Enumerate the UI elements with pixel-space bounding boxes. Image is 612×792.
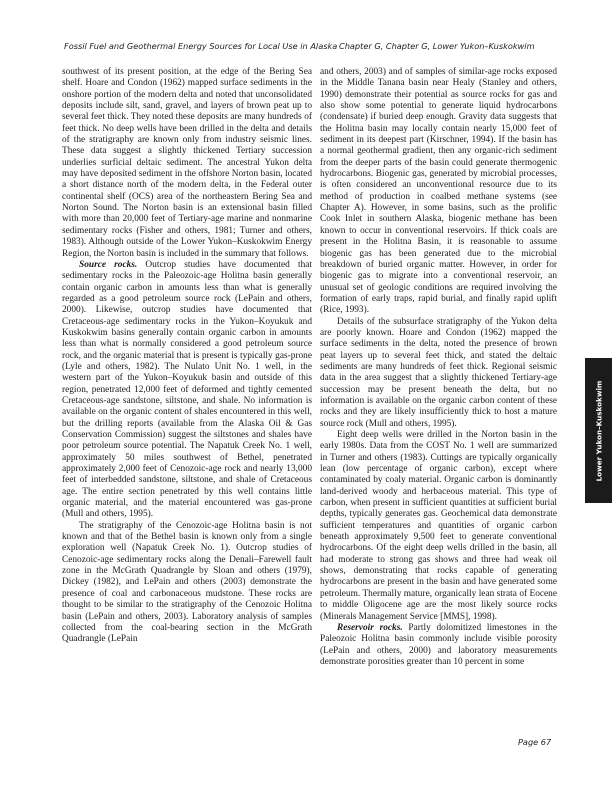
paragraph-reservoir-rocks: Reservoir rocks. Partly dolomitized lime… bbox=[320, 623, 557, 668]
document-page: Fossil Fuel and Geothermal Energy Source… bbox=[0, 0, 612, 792]
paragraph-body: Outcrop studies have documented that sed… bbox=[62, 260, 312, 520]
right-text-column: and others, 2003) and of samples of simi… bbox=[320, 67, 557, 668]
left-text-column: southwest of its present position, at th… bbox=[62, 67, 312, 646]
chapter-side-tab: Lower Yukon–Kuskokwim bbox=[585, 358, 612, 503]
side-tab-label: Lower Yukon–Kuskokwim bbox=[594, 380, 603, 481]
paragraph: Details of the subsurface stratigraphy o… bbox=[320, 317, 557, 430]
section-heading-source-rocks: Source rocks. bbox=[79, 260, 137, 270]
paragraph: southwest of its present position, at th… bbox=[62, 67, 312, 260]
paragraph-source-rocks: Source rocks. Outcrop studies have docum… bbox=[62, 260, 312, 521]
paragraph: Eight deep wells were drilled in the Nor… bbox=[320, 430, 557, 623]
paragraph: The stratigraphy of the Cenozoic-age Hol… bbox=[62, 521, 312, 646]
paragraph: and others, 2003) and of samples of simi… bbox=[320, 67, 557, 317]
header-chapter-title: Chapter G, Chapter G, Lower Yukon–Kuskok… bbox=[339, 41, 535, 51]
header-publication-title: Fossil Fuel and Geothermal Energy Source… bbox=[64, 41, 337, 51]
section-heading-reservoir-rocks: Reservoir rocks. bbox=[337, 623, 403, 633]
page-number: Page 67 bbox=[518, 737, 551, 747]
running-header: Fossil Fuel and Geothermal Energy Source… bbox=[64, 41, 564, 53]
